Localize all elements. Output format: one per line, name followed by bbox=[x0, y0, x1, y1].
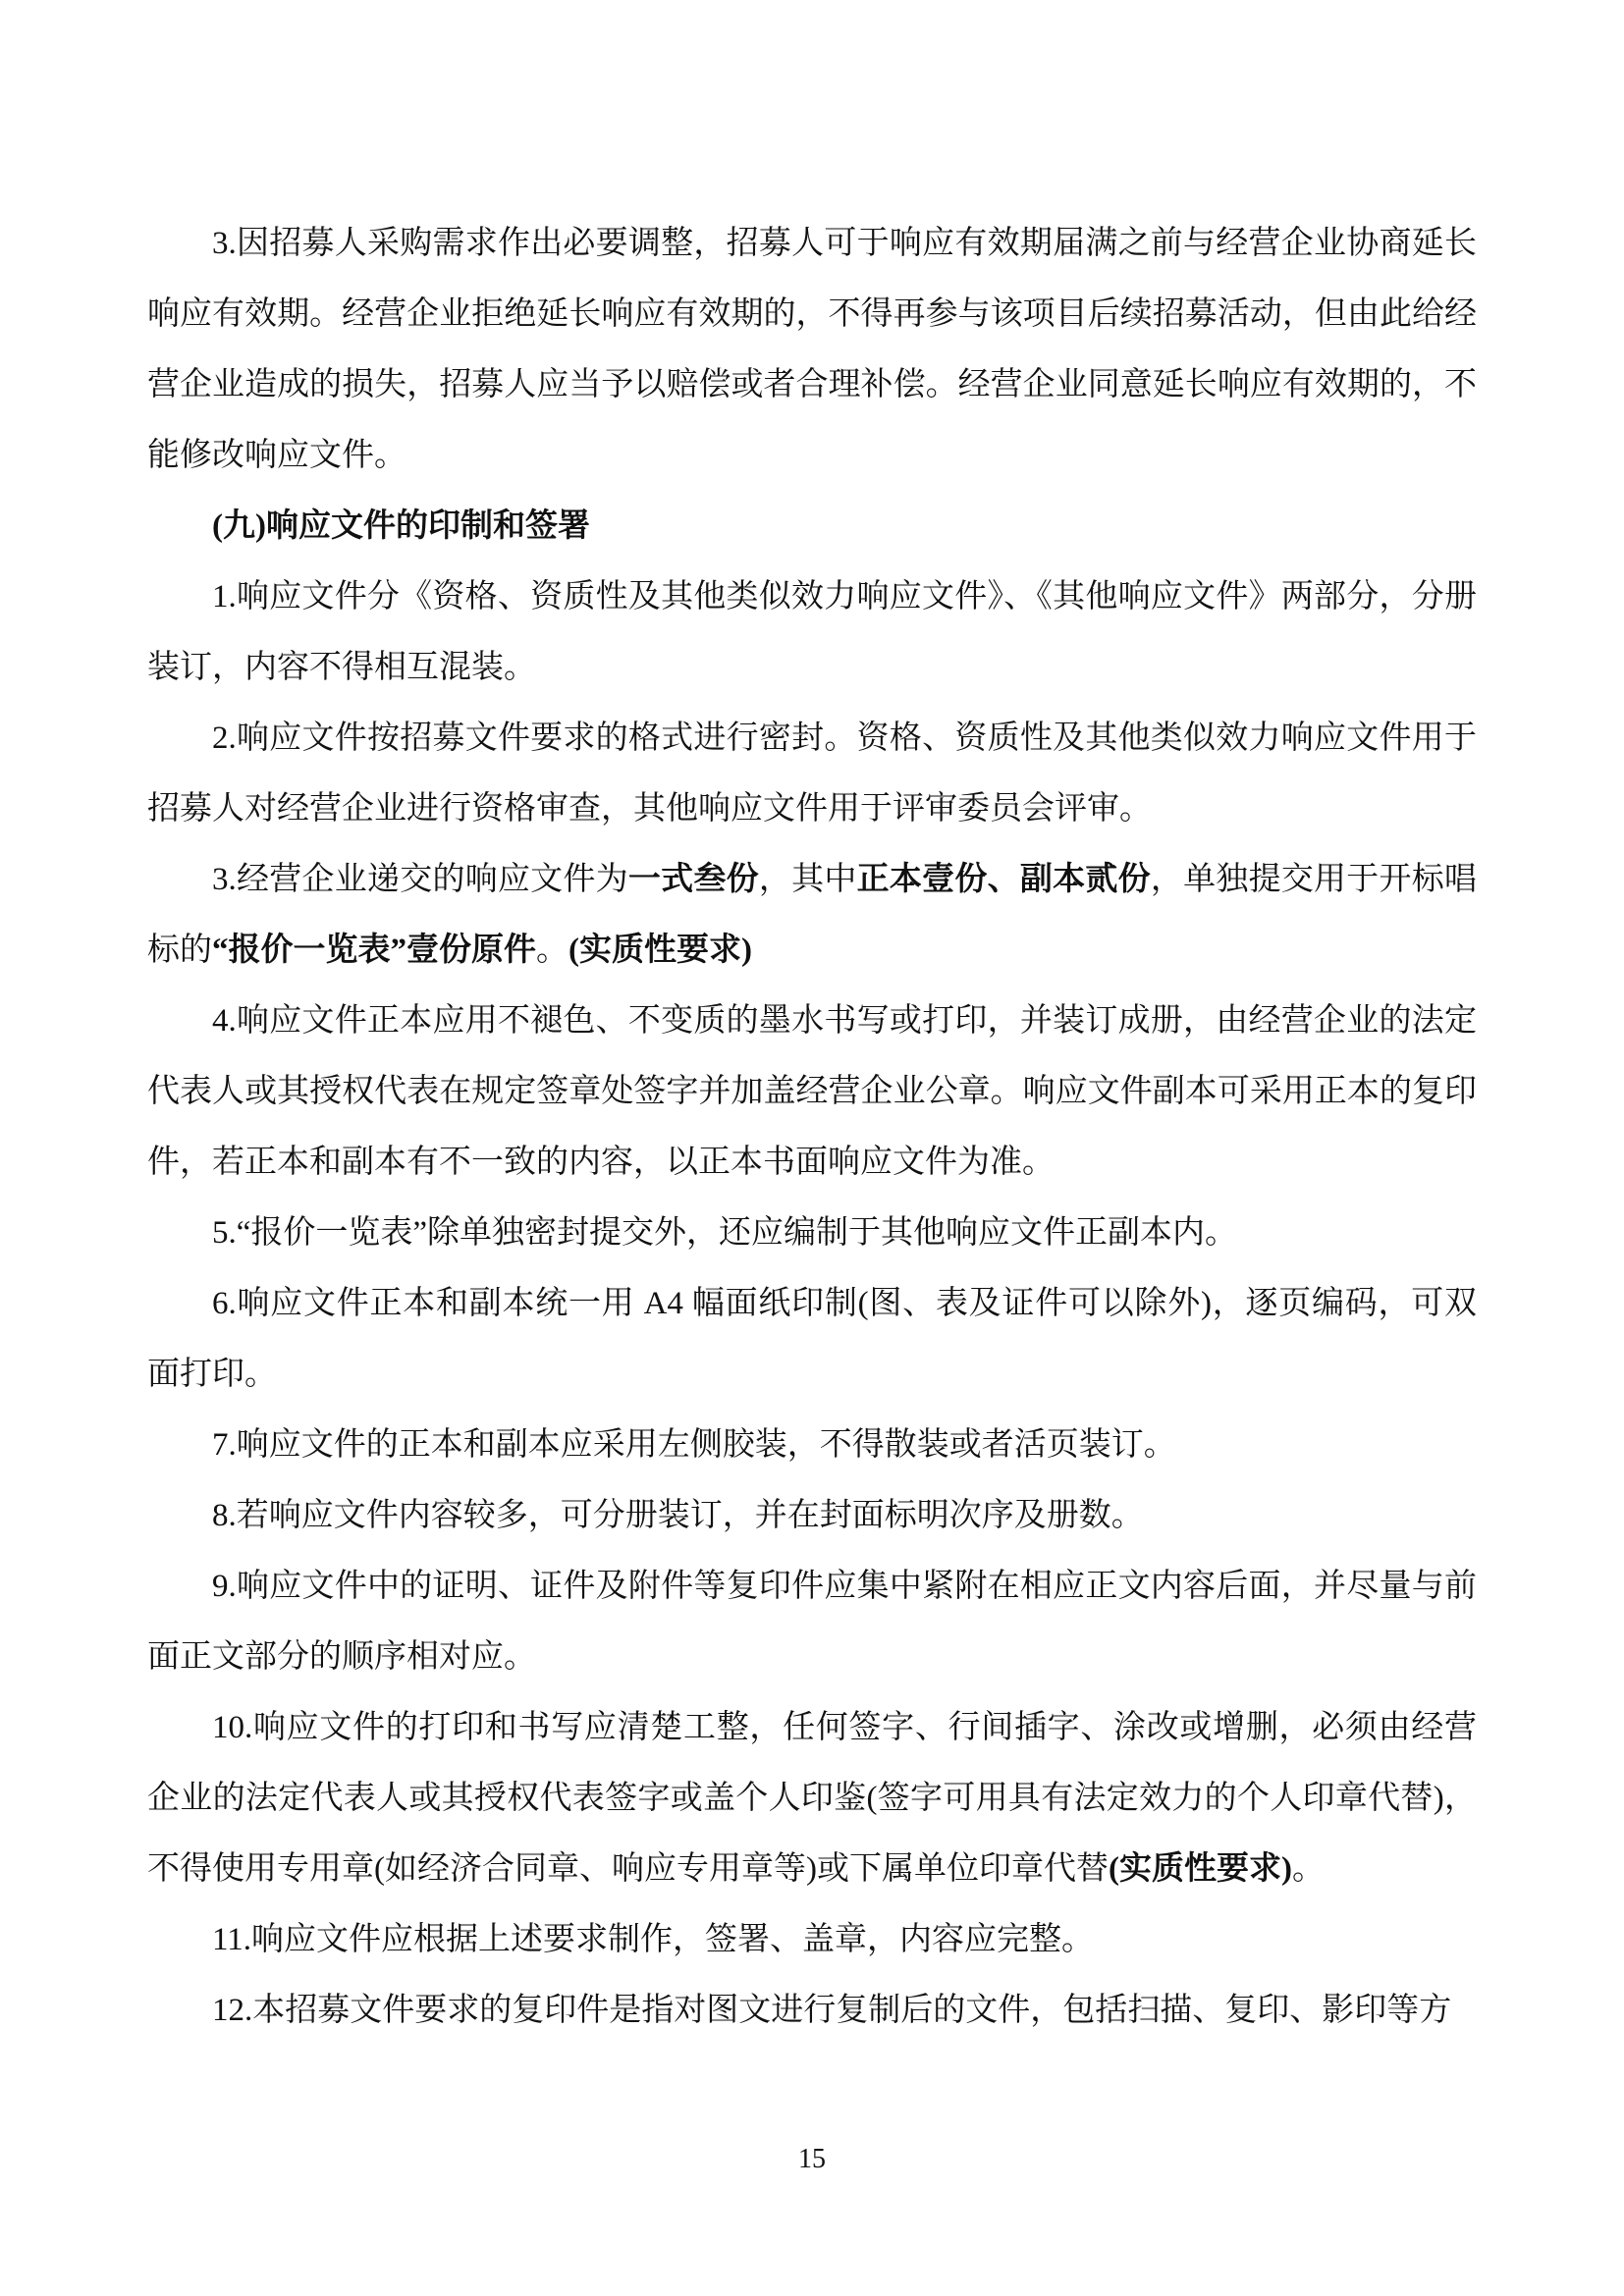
document-content: 3.因招募人采购需求作出必要调整，招募人可于响应有效期届满之前与经营企业协商延长… bbox=[147, 208, 1477, 2046]
text-segment: 。 bbox=[536, 933, 568, 968]
text-segment-bold: 一式叁份 bbox=[628, 862, 759, 897]
text-segment: 9.响应文件中的证明、证件及附件等复印件应集中紧附在相应正文内容后面，并尽量与前… bbox=[147, 1569, 1477, 1675]
paragraph-item-2: 2.响应文件按招募文件要求的格式进行密封。资格、资质性及其他类似效力响应文件用于… bbox=[147, 703, 1477, 844]
paragraph-item-1: 1.响应文件分《资格、资质性及其他类似效力响应文件》、《其他响应文件》两部分，分… bbox=[147, 561, 1477, 703]
page-number: 15 bbox=[0, 2142, 1624, 2177]
paragraph-item-3: 3.经营企业递交的响应文件为一式叁份，其中正本壹份、副本贰份，单独提交用于开标唱… bbox=[147, 844, 1477, 986]
text-segment: 3.因招募人采购需求作出必要调整，招募人可于响应有效期届满之前与经营企业协商延长… bbox=[147, 226, 1477, 473]
text-segment: 11.响应文件应根据上述要求制作，签署、盖章，内容应完整。 bbox=[212, 1922, 1094, 1957]
text-segment-bold: 正本壹份、副本贰份 bbox=[857, 862, 1151, 897]
paragraph-item-11: 11.响应文件应根据上述要求制作，签署、盖章，内容应完整。 bbox=[147, 1904, 1477, 1975]
paragraph-item-10: 10.响应文件的打印和书写应清楚工整，任何签字、行间插字、涂改或增删，必须由经营… bbox=[147, 1692, 1477, 1904]
text-segment: 3.经营企业递交的响应文件为 bbox=[212, 862, 628, 897]
text-segment: 5.“报价一览表”除单独密封提交外，还应编制于其他响应文件正副本内。 bbox=[212, 1215, 1237, 1251]
paragraph-item-6: 6.响应文件正本和副本统一用 A4 幅面纸印制(图、表及证件可以除外)，逐页编码… bbox=[147, 1268, 1477, 1410]
text-segment: 6.响应文件正本和副本统一用 A4 幅面纸印制(图、表及证件可以除外)，逐页编码… bbox=[147, 1286, 1477, 1392]
paragraph-item-7: 7.响应文件的正本和副本应采用左侧胶装，不得散装或者活页装订。 bbox=[147, 1410, 1477, 1480]
text-segment: 12.本招募文件要求的复印件是指对图文进行复制后的文件，包括扫描、复印、影印等方 bbox=[212, 1993, 1451, 2028]
text-segment-bold: (实质性要求) bbox=[1109, 1851, 1292, 1887]
text-segment: ，其中 bbox=[759, 862, 857, 897]
text-segment: 。 bbox=[1292, 1851, 1325, 1887]
text-segment: 7.响应文件的正本和副本应采用左侧胶装，不得散装或者活页装订。 bbox=[212, 1427, 1176, 1463]
text-segment: 1.响应文件分《资格、资质性及其他类似效力响应文件》、《其他响应文件》两部分，分… bbox=[147, 579, 1477, 685]
text-segment: 4.响应文件正本应用不褪色、不变质的墨水书写或打印，并装订成册，由经营企业的法定… bbox=[147, 1003, 1477, 1180]
text-segment-bold: (实质性要求) bbox=[568, 933, 752, 968]
text-segment: 2.响应文件按招募文件要求的格式进行密封。资格、资质性及其他类似效力响应文件用于… bbox=[147, 721, 1477, 827]
paragraph-item-4: 4.响应文件正本应用不褪色、不变质的墨水书写或打印，并装订成册，由经营企业的法定… bbox=[147, 986, 1477, 1198]
paragraph-item-12: 12.本招募文件要求的复印件是指对图文进行复制后的文件，包括扫描、复印、影印等方 bbox=[147, 1975, 1477, 2046]
paragraph-item-5: 5.“报价一览表”除单独密封提交外，还应编制于其他响应文件正副本内。 bbox=[147, 1198, 1477, 1268]
paragraph-item-9: 9.响应文件中的证明、证件及附件等复印件应集中紧附在相应正文内容后面，并尽量与前… bbox=[147, 1551, 1477, 1692]
heading-text: (九)响应文件的印制和签署 bbox=[212, 508, 590, 544]
text-segment: 8.若响应文件内容较多，可分册装订，并在封面标明次序及册数。 bbox=[212, 1498, 1144, 1533]
paragraph-response-validity-extension: 3.因招募人采购需求作出必要调整，招募人可于响应有效期届满之前与经营企业协商延长… bbox=[147, 208, 1477, 491]
paragraph-item-8: 8.若响应文件内容较多，可分册装订，并在封面标明次序及册数。 bbox=[147, 1480, 1477, 1551]
document-page: 3.因招募人采购需求作出必要调整，招募人可于响应有效期届满之前与经营企业协商延长… bbox=[0, 0, 1624, 2296]
section-heading-print-and-sign: (九)响应文件的印制和签署 bbox=[147, 491, 1477, 561]
text-segment-bold: “报价一览表”壹份原件 bbox=[212, 933, 536, 968]
